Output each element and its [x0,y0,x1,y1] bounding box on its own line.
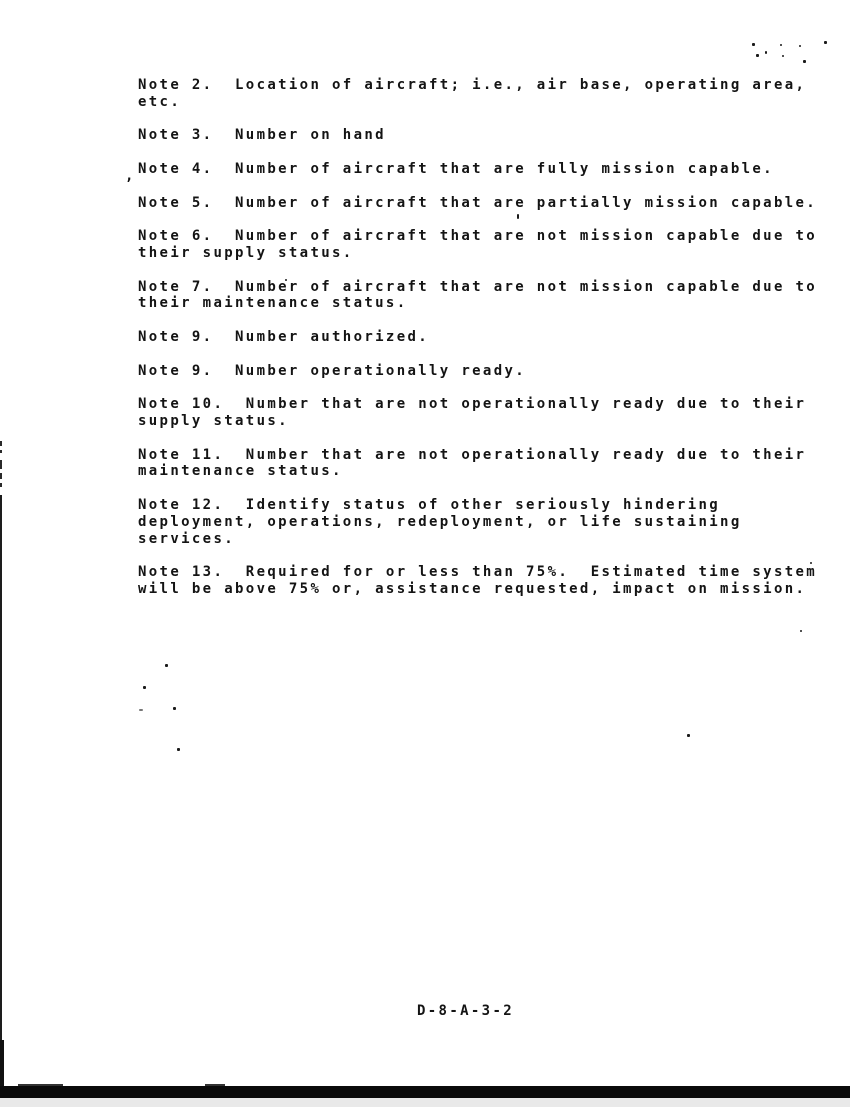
scan-speckle [139,709,143,711]
page-footer-code: D-8-A-3-2 [417,1003,514,1019]
note-paragraph: Note 9. Number authorized. [138,329,844,346]
note-paragraph: Note 6. Number of aircraft that are not … [138,228,844,262]
notes-list: Note 2. Location of aircraft; i.e., air … [138,77,844,615]
scan-speckle [517,214,519,219]
scan-comma-artifact: , [125,168,133,184]
scan-edge-left-dash [0,441,2,446]
note-paragraph: Note 3. Number on hand [138,127,844,144]
scan-speckle [143,686,146,689]
scan-edge-left-dash [0,450,2,453]
note-paragraph: Note 13. Required for or less than 75%. … [138,564,844,598]
scan-edge-left-dash [0,473,2,479]
note-paragraph: Note 4. Number of aircraft that are full… [138,161,844,178]
scan-speckle [782,55,784,57]
scan-speckle [780,44,782,46]
scan-speckle [765,51,767,54]
note-paragraph: Note 12. Identify status of other seriou… [138,497,844,547]
scan-speckle [165,664,168,667]
note-paragraph: Note 2. Location of aircraft; i.e., air … [138,77,844,111]
note-paragraph: Note 10. Number that are not operational… [138,396,844,430]
note-paragraph: Note 7. Number of aircraft that are not … [138,279,844,313]
note-paragraph: Note 9. Number operationally ready. [138,363,844,380]
scan-speckle [756,54,759,57]
scan-edge-left [0,1040,4,1090]
scanned-document-page: Note 2. Location of aircraft; i.e., air … [0,0,850,1107]
scan-edge-left [0,495,2,1041]
scan-speckle [810,562,812,564]
scan-edge-bottom [0,1086,850,1098]
scan-speckle [799,45,801,47]
scan-edge-left-dash [0,460,2,469]
scan-speckle [687,734,690,737]
scan-speckle [173,707,176,710]
scan-speckle [803,60,806,63]
scan-speckle [285,279,287,281]
scan-speckle [752,43,755,46]
scan-edge-left-dash [0,483,2,487]
scan-speckle [177,748,180,751]
scan-speckle [824,41,827,44]
note-paragraph: Note 5. Number of aircraft that are part… [138,195,844,212]
scan-speckle [800,630,802,632]
scan-edge-below-strip [0,1098,850,1107]
note-paragraph: Note 11. Number that are not operational… [138,447,844,481]
